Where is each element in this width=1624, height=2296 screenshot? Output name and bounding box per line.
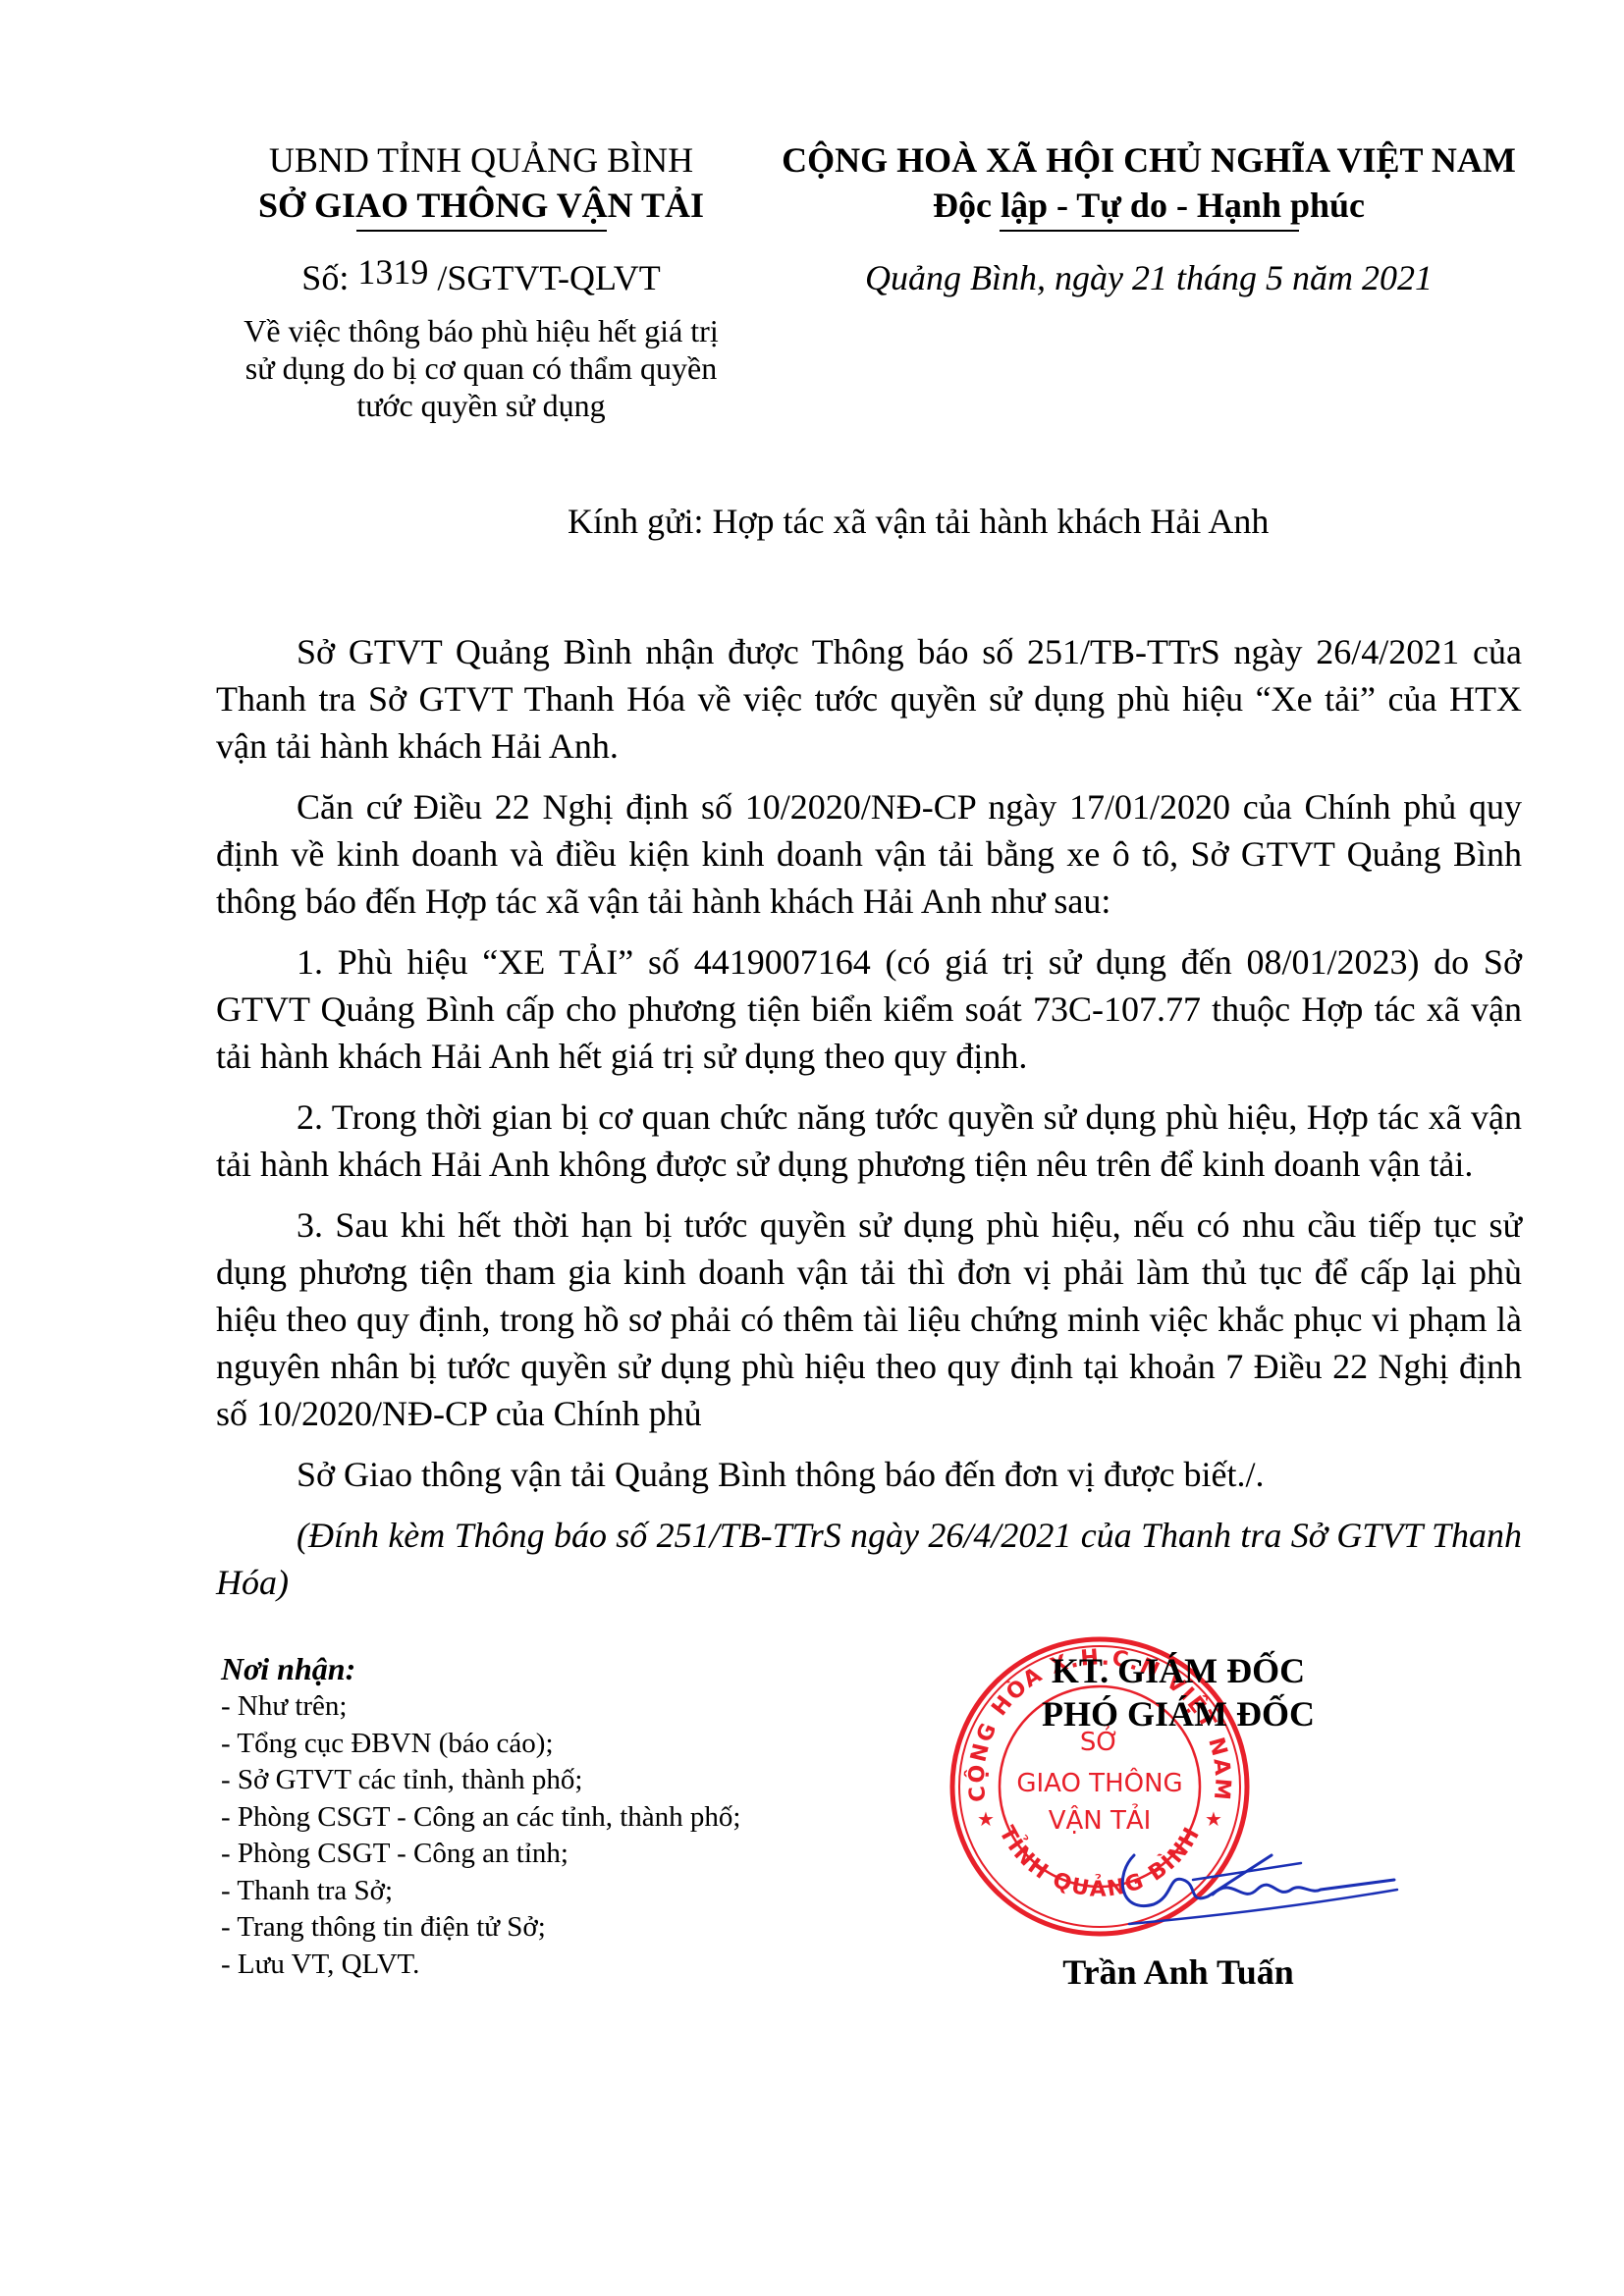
recipient-item: - Sở GTVT các tỉnh, thành phố; bbox=[221, 1762, 740, 1799]
body-paragraph: 2. Trong thời gian bị cơ quan chức năng … bbox=[216, 1094, 1522, 1188]
issuing-agency-block: UBND TỈNH QUẢNG BÌNH SỞ GIAO THÔNG VẬN T… bbox=[206, 137, 756, 424]
agency-name: SỞ GIAO THÔNG VẬN TẢI bbox=[206, 183, 756, 228]
svg-text:★: ★ bbox=[977, 1807, 995, 1831]
recipients-title: Nơi nhận: bbox=[221, 1649, 740, 1688]
document-body: Sở GTVT Quảng Bình nhận được Thông báo s… bbox=[216, 628, 1522, 1620]
signer-name: Trần Anh Tuấn bbox=[982, 1951, 1375, 1993]
recipient-item: - Phòng CSGT - Công an các tỉnh, thành p… bbox=[221, 1799, 740, 1837]
body-paragraph: Căn cứ Điều 22 Nghị định số 10/2020/NĐ-C… bbox=[216, 783, 1522, 925]
handwritten-signature-icon bbox=[1114, 1836, 1399, 1944]
attachment-note: (Đính kèm Thông báo số 251/TB-TTrS ngày … bbox=[216, 1512, 1522, 1606]
national-heading-block: CỘNG HOÀ XÃ HỘI CHỦ NGHĨA VIỆT NAM Độc l… bbox=[766, 137, 1532, 298]
document-number: Số: 1319 /SGTVT-QLVT bbox=[206, 257, 756, 298]
recipients-list: Nơi nhận: - Như trên; - Tổng cục ĐBVN (b… bbox=[221, 1649, 740, 1983]
recipient-item: - Thanh tra Sở; bbox=[221, 1873, 740, 1910]
motto-underline bbox=[1000, 230, 1299, 232]
place-date: Quảng Bình, ngày 21 tháng 5 năm 2021 bbox=[766, 257, 1532, 298]
body-paragraph: 1. Phù hiệu “XE TẢI” số 4419007164 (có g… bbox=[216, 938, 1522, 1080]
document-number-value: 1319 bbox=[357, 252, 428, 292]
recipient-item: - Tổng cục ĐBVN (báo cáo); bbox=[221, 1726, 740, 1763]
body-paragraph: 3. Sau khi hết thời hạn bị tước quyền sử… bbox=[216, 1201, 1522, 1437]
recipient-item: - Trang thông tin điện tử Sở; bbox=[221, 1909, 740, 1947]
recipient-item: - Lưu VT, QLVT. bbox=[221, 1947, 740, 1984]
addressee: Kính gửi: Hợp tác xã vận tải hành khách … bbox=[568, 501, 1269, 542]
svg-text:VẬN TẢI: VẬN TẢI bbox=[1049, 1802, 1152, 1836]
signer-authority: KT. GIÁM ĐỐC bbox=[982, 1649, 1375, 1692]
body-paragraph: Sở Giao thông vận tải Quảng Bình thông b… bbox=[216, 1451, 1522, 1498]
document-subject: Về việc thông báo phù hiệu hết giá trị s… bbox=[206, 312, 756, 424]
svg-text:★: ★ bbox=[1205, 1807, 1222, 1831]
body-paragraph: Sở GTVT Quảng Bình nhận được Thông báo s… bbox=[216, 628, 1522, 770]
signer-position: PHÓ GIÁM ĐỐC bbox=[982, 1692, 1375, 1735]
national-title: CỘNG HOÀ XÃ HỘI CHỦ NGHĨA VIỆT NAM bbox=[766, 137, 1532, 183]
recipient-item: - Phòng CSGT - Công an tỉnh; bbox=[221, 1836, 740, 1873]
national-motto: Độc lập - Tự do - Hạnh phúc bbox=[766, 183, 1532, 228]
parent-agency: UBND TỈNH QUẢNG BÌNH bbox=[206, 137, 756, 183]
svg-text:GIAO THÔNG: GIAO THÔNG bbox=[1016, 1767, 1182, 1798]
recipient-item: - Như trên; bbox=[221, 1688, 740, 1726]
agency-underline bbox=[356, 230, 607, 232]
